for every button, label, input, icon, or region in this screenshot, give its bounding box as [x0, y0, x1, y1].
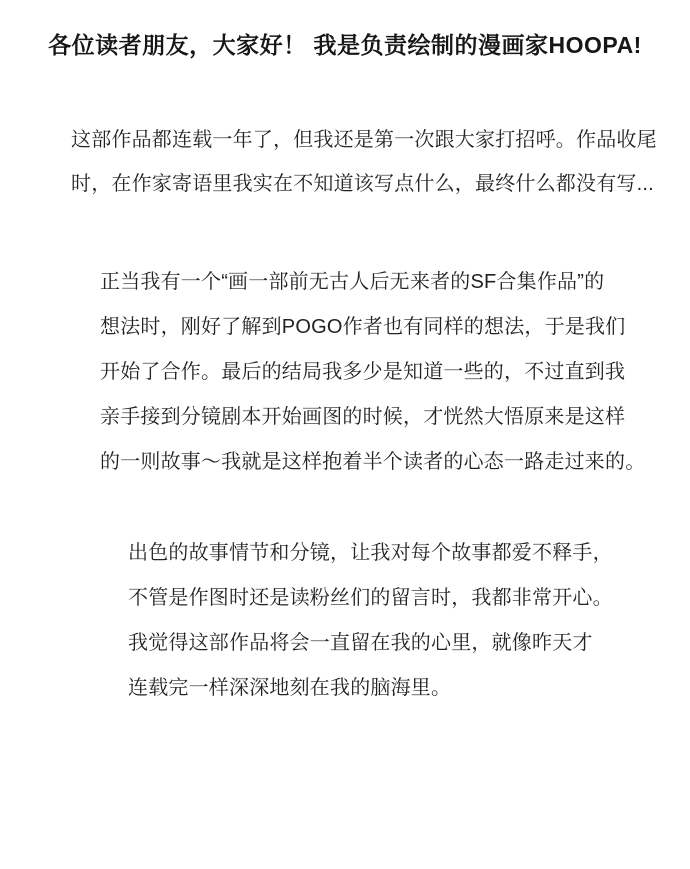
text-line: 开始了合作。最后的结局我多少是知道一些的，不过直到我: [100, 350, 645, 395]
paragraph-collaboration: 正当我有一个“画一部前无古人后无来者的SF合集作品”的 想法时，刚好了解到POG…: [100, 260, 645, 485]
paragraph-intro: 这部作品都连载一年了，但我还是第一次跟大家打招呼。作品收尾 时，在作家寄语里我实…: [71, 118, 657, 206]
text-line: 连载完一样深深地刻在我的脑海里。: [128, 666, 613, 711]
text-line: 想法时，刚好了解到POGO作者也有同样的想法，于是我们: [100, 305, 645, 350]
text-line: 亲手接到分镜剧本开始画图的时候，才恍然大悟原来是这样: [100, 395, 645, 440]
text-line: 这部作品都连载一年了，但我还是第一次跟大家打招呼。作品收尾: [71, 118, 657, 162]
text-line: 我觉得这部作品将会一直留在我的心里，就像昨天才: [128, 621, 613, 666]
text-line: 不管是作图时还是读粉丝们的留言时，我都非常开心。: [128, 576, 613, 621]
text-line: 正当我有一个“画一部前无古人后无来者的SF合集作品”的: [100, 260, 645, 305]
page-title: 各位读者朋友，大家好！ 我是负责绘制的漫画家HOOPA!: [0, 30, 690, 60]
artist-afterword-page: 各位读者朋友，大家好！ 我是负责绘制的漫画家HOOPA! 这部作品都连载一年了，…: [0, 0, 690, 869]
text-line: 时，在作家寄语里我实在不知道该写点什么，最终什么都没有写...: [71, 162, 657, 206]
text-line: 出色的故事情节和分镜，让我对每个故事都爱不释手，: [128, 531, 613, 576]
paragraph-closing: 出色的故事情节和分镜，让我对每个故事都爱不释手， 不管是作图时还是读粉丝们的留言…: [128, 531, 613, 711]
text-line: 的一则故事～我就是这样抱着半个读者的心态一路走过来的。: [100, 440, 645, 485]
